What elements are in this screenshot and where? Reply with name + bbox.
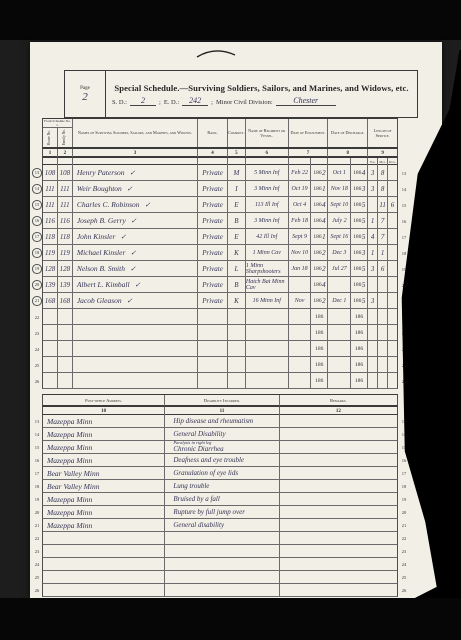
veteran-name: Jacob Gleason — [77, 296, 122, 305]
service-days — [388, 181, 397, 196]
row-number-left: 16 — [32, 454, 42, 467]
company: I — [228, 181, 246, 196]
enlist-year: 186 — [311, 325, 328, 340]
discharge-year: 186 — [351, 325, 368, 340]
row-number-right: 16 — [398, 213, 410, 229]
discharge-year: 186 — [351, 357, 368, 372]
service-years: 3 — [368, 293, 378, 308]
house-number: 111 — [43, 197, 58, 212]
row-number-right: 17 — [398, 467, 410, 480]
service-months: 6 — [378, 261, 388, 276]
company — [228, 325, 246, 340]
family-number — [58, 325, 73, 340]
discharge-year: 186 5 — [351, 229, 368, 244]
house-number — [43, 325, 58, 340]
post-office-address: Mazeppa Minn — [43, 415, 165, 427]
service-years: 1 — [368, 245, 378, 260]
enlist-date: Nov 10 — [289, 245, 312, 260]
discharge-date: Jul 27 — [328, 261, 351, 276]
row-number-left: 13 — [32, 165, 42, 181]
family-number — [58, 357, 73, 372]
family-number: 128 — [58, 261, 73, 276]
discharge-date: Sept 10 — [328, 197, 351, 212]
veteran-name-cell: Henry Paterson ✓ — [73, 165, 198, 180]
remarks-text — [280, 532, 397, 544]
regiment — [246, 325, 289, 340]
soldier-row: 22 — [32, 309, 412, 325]
enlist-year: 186 4 — [311, 213, 328, 228]
regiment — [246, 309, 289, 324]
company — [228, 309, 246, 324]
address-row: 26 26 — [32, 584, 412, 597]
regiment-header: Name of Regiment or Vessel. — [246, 119, 289, 147]
rank — [198, 357, 228, 372]
family-number — [58, 373, 73, 388]
remarks-text — [280, 428, 397, 440]
address-row: 15 Mazeppa Minn Paralysis in right leg C… — [32, 441, 412, 454]
disability-cell: Rupture by full jump over — [165, 506, 279, 518]
remarks-text — [280, 584, 397, 596]
service-years: 3 — [368, 261, 378, 276]
service-days — [388, 309, 397, 324]
names-header: Names of Surviving Soldiers, Sailors, an… — [73, 119, 198, 147]
service-years — [368, 309, 378, 324]
company: K — [228, 293, 246, 308]
ed-value: 242 — [182, 97, 208, 106]
service-days — [388, 165, 397, 180]
address-row: 24 24 — [32, 558, 412, 571]
house-number — [43, 341, 58, 356]
disability-cell: General disability — [165, 519, 279, 531]
company — [228, 373, 246, 388]
soldier-row: 18 119 119 Michael Kinsler ✓ Private K 1… — [32, 245, 412, 261]
remarks-text — [280, 441, 397, 453]
enlist-year: 186 2 — [311, 165, 328, 180]
veteran-name-cell: Michael Kinsler ✓ — [73, 245, 198, 260]
service-years: 1 — [368, 213, 378, 228]
sd-value: 2 — [130, 97, 156, 106]
address-row: 20 Mazeppa Minn Rupture by full jump ove… — [32, 506, 412, 519]
service-days — [388, 373, 397, 388]
remarks-text — [280, 454, 397, 466]
house-number: 128 — [43, 261, 58, 276]
row-number-right: 26 — [398, 584, 410, 597]
scan-dark-band-bottom — [0, 598, 461, 640]
family-number — [58, 309, 73, 324]
check-mark: ✓ — [130, 169, 136, 177]
service-months — [378, 373, 388, 388]
discharge-date: Sept 16 — [328, 229, 351, 244]
enlistment-header: Date of Enlistment. — [289, 119, 329, 147]
enlist-year: 186 2 — [311, 293, 328, 308]
row-number-right: 23 — [398, 545, 410, 558]
veteran-name-cell: Weir Boughton ✓ — [73, 181, 198, 196]
row-number-right: 21 — [398, 519, 410, 532]
company-header: Company. — [228, 119, 246, 147]
discharge-year: 186 3 — [351, 245, 368, 260]
company: K — [228, 245, 246, 260]
regiment — [246, 357, 289, 372]
rank: Private — [198, 197, 228, 212]
house-number: 119 — [43, 245, 58, 260]
company — [228, 357, 246, 372]
row-number-left: 23 — [32, 325, 42, 341]
row-number-left: 16 — [32, 213, 42, 229]
disability-text: General Disability — [173, 431, 225, 438]
ed-label: E. D.: — [164, 99, 179, 106]
regiment: 42 Ill Inf — [246, 229, 289, 244]
service-days — [388, 245, 397, 260]
row-number-left: 20 — [32, 506, 42, 519]
row-number-left: 22 — [32, 532, 42, 545]
enlist-date — [289, 357, 312, 372]
company — [228, 341, 246, 356]
row-number-right: 24 — [398, 558, 410, 571]
disability-cell: Lung trouble — [165, 480, 279, 492]
bottom-column-number-row: 10 11 12 — [32, 406, 412, 415]
service-months — [378, 293, 388, 308]
house-number: 111 — [43, 181, 58, 196]
column-number-row: 1 2 3 4 5 6 7 8 9 — [32, 148, 412, 157]
row-number-right: 20 — [398, 506, 410, 519]
disability-cell — [165, 571, 279, 583]
row-number-right: 13 — [398, 165, 410, 181]
service-months — [378, 357, 388, 372]
veteran-name-cell: Joseph B. Gerry ✓ — [73, 213, 198, 228]
bottom-table-header: Post-office Address. Disability Incurred… — [32, 394, 412, 415]
family-number: 119 — [58, 245, 73, 260]
disability-text: Bruised by a fall — [173, 496, 219, 503]
house-no-header: House No. — [48, 130, 52, 145]
soldier-row: 19 128 128 Nelson B. Smith ✓ Private L 1… — [32, 261, 412, 277]
service-years: 3 — [368, 181, 378, 196]
rank: Private — [198, 181, 228, 196]
family-number: 139 — [58, 277, 73, 292]
mcd-value: Chester — [276, 97, 336, 106]
soldier-row: 15 111 111 Charles C. Robinson ✓ Private… — [32, 197, 412, 213]
row-number-left: 24 — [32, 558, 42, 571]
house-number: 139 — [43, 277, 58, 292]
enlist-date — [289, 373, 312, 388]
row-number-left: 13 — [32, 415, 42, 428]
veteran-name-cell — [73, 325, 198, 340]
house-number — [43, 357, 58, 372]
pen-stroke-mark — [195, 48, 237, 60]
discharge-date: July 2 — [328, 213, 351, 228]
page-number-box: Page 2 — [65, 71, 106, 117]
row-number-left: 25 — [32, 571, 42, 584]
service-years: 3 — [368, 165, 378, 180]
row-number-left: 15 — [32, 197, 42, 213]
discharge-header: Date of Discharge. — [328, 119, 368, 147]
regiment — [246, 373, 289, 388]
rank: Private — [198, 165, 228, 180]
veteran-name-cell — [73, 309, 198, 324]
soldier-row: 16 116 116 Joseph B. Gerry ✓ Private B 3… — [32, 213, 412, 229]
enlist-date: Nov — [289, 293, 312, 308]
soldier-row: 24 — [32, 341, 412, 357]
disability-cell: General Disability — [165, 428, 279, 440]
address-disability-table: Post-office Address. Disability Incurred… — [32, 394, 412, 597]
row-number-left: 26 — [32, 373, 42, 389]
disability-cell: Granulation of eye lids — [165, 467, 279, 479]
post-office-address — [43, 584, 165, 596]
check-mark: ✓ — [120, 233, 126, 241]
enlist-date — [289, 277, 312, 292]
row-number-left: 14 — [32, 428, 42, 441]
enlist-year: 186 — [311, 373, 328, 388]
check-mark: ✓ — [145, 201, 151, 209]
family-number: 168 — [58, 293, 73, 308]
row-number-right: 17 — [398, 229, 410, 245]
house-number: 116 — [43, 213, 58, 228]
enlist-date — [289, 341, 312, 356]
discharge-date: Dec 3 — [328, 245, 351, 260]
address-row: 14 Mazeppa Minn General Disability 14 — [32, 428, 412, 441]
veteran-name: Charles C. Robinson — [77, 200, 140, 209]
family-no-header: Family No. — [63, 129, 67, 145]
address-row: 22 22 — [32, 532, 412, 545]
enlist-year: 186 1 — [311, 229, 328, 244]
soldier-row: 17 118 118 John Kinsler ✓ Private E 42 I… — [32, 229, 412, 245]
schedule-page: Page 2 Special Schedule.—Surviving Soldi… — [30, 42, 442, 600]
row-number-left: 18 — [32, 480, 42, 493]
disability-cell: Hip disease and rheumatism — [165, 415, 279, 427]
enlist-date: Sept 9 — [289, 229, 312, 244]
title-cell: Special Schedule.—Surviving Soldiers, Sa… — [106, 71, 417, 117]
row-number-left: 19 — [32, 261, 42, 277]
service-months — [378, 325, 388, 340]
row-number-right: 25 — [398, 571, 410, 584]
soldier-row: 14 111 111 Weir Boughton ✓ Private I 3 M… — [32, 181, 412, 197]
company: E — [228, 229, 246, 244]
enlist-date: Feb 22 — [289, 165, 312, 180]
service-days — [388, 293, 397, 308]
discharge-year: 186 5 — [351, 261, 368, 276]
bottom-table-body: 13 Mazeppa Minn Hip disease and rheumati… — [32, 415, 412, 597]
discharge-date — [328, 357, 351, 372]
post-office-address: Bear Valley Minn — [43, 480, 165, 492]
service-months — [378, 277, 388, 292]
enlist-year: 186 4 — [311, 277, 328, 292]
discharge-date: Oct 1 — [328, 165, 351, 180]
discharge-date — [328, 325, 351, 340]
enlist-year: 186 — [311, 341, 328, 356]
veteran-name-cell — [73, 373, 198, 388]
family-number: 111 — [58, 197, 73, 212]
disability-text: Granulation of eye lids — [173, 470, 238, 477]
enlist-year: 186 1 — [311, 181, 328, 196]
rank — [198, 373, 228, 388]
veteran-name: Albert L. Kimball — [77, 280, 130, 289]
company: L — [228, 261, 246, 276]
regiment: 3 Minn Inf — [246, 213, 289, 228]
rank — [198, 309, 228, 324]
row-number-left: 14 — [32, 181, 42, 197]
company: B — [228, 277, 246, 292]
check-mark: ✓ — [130, 249, 136, 257]
discharge-date: Nov 18 — [328, 181, 351, 196]
service-years — [368, 197, 378, 212]
regiment: 3 Minn Inf — [246, 181, 289, 196]
service-months: 7 — [378, 213, 388, 228]
house-number — [43, 373, 58, 388]
enlist-date: Oct 4 — [289, 197, 312, 212]
row-number-left: 26 — [32, 584, 42, 597]
post-office-address: Mazeppa Minn — [43, 519, 165, 531]
regiment: 16 Minn Inf — [246, 293, 289, 308]
scanned-document: Page 2 Special Schedule.—Surviving Soldi… — [0, 0, 461, 640]
scan-dark-band-top — [0, 0, 461, 40]
district-line: S. D.: 2 ; E. D.: 242 ; Minor Civil Divi… — [112, 97, 411, 106]
row-number-right: 18 — [398, 480, 410, 493]
post-office-address: Mazeppa Minn — [43, 506, 165, 518]
rank: Private — [198, 293, 228, 308]
remarks-text — [280, 467, 397, 479]
row-number-right: 14 — [398, 181, 410, 197]
address-row: 13 Mazeppa Minn Hip disease and rheumati… — [32, 415, 412, 428]
enlist-year: 186 2 — [311, 245, 328, 260]
remarks-text — [280, 506, 397, 518]
disability-cell — [165, 584, 279, 596]
veteran-name: Henry Paterson — [77, 168, 125, 177]
family-number: 111 — [58, 181, 73, 196]
rank: Private — [198, 229, 228, 244]
disability-text: Lung trouble — [173, 483, 209, 490]
soldiers-table: From Schedule No. 1. House No. Family No… — [32, 118, 412, 389]
enlist-date: Oct 19 — [289, 181, 312, 196]
row-number-right: 22 — [398, 532, 410, 545]
enlist-year: 186 4 — [311, 197, 328, 212]
remarks-text — [280, 480, 397, 492]
soldier-row: 25 — [32, 357, 412, 373]
soldiers-table-header: From Schedule No. 1. House No. Family No… — [32, 118, 412, 165]
veteran-name-cell: Charles C. Robinson ✓ — [73, 197, 198, 212]
enlist-date — [289, 309, 312, 324]
address-row: 18 Bear Valley Minn Lung trouble 18 — [32, 480, 412, 493]
company: B — [228, 213, 246, 228]
disability-cell — [165, 532, 279, 544]
row-number-left: 23 — [32, 545, 42, 558]
service-months: 7 — [378, 229, 388, 244]
remarks-text — [280, 558, 397, 570]
row-number-left: 25 — [32, 357, 42, 373]
disability-cell: Deafness and eye trouble — [165, 454, 279, 466]
disability-cell: Paralysis in right leg Chronic Diarrhea — [165, 441, 279, 453]
discharge-year: 186 — [351, 309, 368, 324]
veteran-name-cell: Nelson B. Smith ✓ — [73, 261, 198, 276]
service-days — [388, 341, 397, 356]
post-office-address: Mazeppa Minn — [43, 454, 165, 466]
check-mark: ✓ — [127, 185, 133, 193]
schedule-header-box: Page 2 Special Schedule.—Surviving Soldi… — [64, 70, 418, 118]
address-row: 23 23 — [32, 545, 412, 558]
row-number-left: 17 — [32, 467, 42, 480]
row-number-left: 19 — [32, 493, 42, 506]
remarks-text — [280, 493, 397, 505]
post-office-address — [43, 545, 165, 557]
discharge-date — [328, 309, 351, 324]
post-office-address: Bear Valley Minn — [43, 467, 165, 479]
enlist-year: 186 — [311, 357, 328, 372]
service-months — [378, 341, 388, 356]
remarks-text — [280, 571, 397, 583]
enlist-year: 186 — [311, 309, 328, 324]
address-row: 25 25 — [32, 571, 412, 584]
disability-cell: Bruised by a fall — [165, 493, 279, 505]
regiment: 1 Minn Cav — [246, 245, 289, 260]
service-days — [388, 229, 397, 244]
soldiers-table-body: 13 108 108 Henry Paterson ✓ Private M 5 … — [32, 165, 412, 389]
family-number: 108 — [58, 165, 73, 180]
sd-label: S. D.: — [112, 99, 127, 106]
service-days — [388, 357, 397, 372]
schedule-title: Special Schedule.—Surviving Soldiers, Sa… — [112, 83, 411, 93]
soldier-row: 21 168 168 Jacob Gleason ✓ Private K 16 … — [32, 293, 412, 309]
row-number-left: 21 — [32, 293, 42, 309]
veteran-name-cell: John Kinsler ✓ — [73, 229, 198, 244]
discharge-date: Dec 1 — [328, 293, 351, 308]
post-office-address: Mazeppa Minn — [43, 441, 165, 453]
family-number — [58, 341, 73, 356]
soldier-row: 23 — [32, 325, 412, 341]
regiment: Hatch Bat Minn Cav — [246, 277, 289, 292]
disability-text: Chronic Diarrhea — [173, 446, 223, 453]
service-days — [388, 261, 397, 276]
regiment: 1 Minn Sharpshooters — [246, 261, 289, 276]
discharge-date — [328, 373, 351, 388]
discharge-year: 186 4 — [351, 165, 368, 180]
veteran-name: Weir Boughton — [77, 184, 122, 193]
rank — [198, 341, 228, 356]
veteran-name: Joseph B. Gerry — [77, 216, 126, 225]
yrs-mos-days-row: Yrs. Mos. Days. — [32, 157, 412, 165]
house-number — [43, 309, 58, 324]
service-years — [368, 277, 378, 292]
post-office-address: Mazeppa Minn — [43, 428, 165, 440]
service-years — [368, 325, 378, 340]
address-row: 21 Mazeppa Minn General disability 21 — [32, 519, 412, 532]
house-number: 108 — [43, 165, 58, 180]
from-schedule-label: From Schedule No. 1. — [43, 119, 72, 128]
service-days — [388, 325, 397, 340]
disability-cell — [165, 545, 279, 557]
address-row: 17 Bear Valley Minn Granulation of eye l… — [32, 467, 412, 480]
rank: Private — [198, 213, 228, 228]
row-number-left: 20 — [32, 277, 42, 293]
remarks-text — [280, 519, 397, 531]
company: M — [228, 165, 246, 180]
discharge-date — [328, 277, 351, 292]
service-months — [378, 309, 388, 324]
service-months: 11 — [378, 197, 388, 212]
check-mark: ✓ — [131, 217, 137, 225]
service-months: 1 — [378, 245, 388, 260]
regiment — [246, 341, 289, 356]
post-office-address — [43, 532, 165, 544]
discharge-year: 186 5 — [351, 277, 368, 292]
address-row: 16 Mazeppa Minn Deafness and eye trouble… — [32, 454, 412, 467]
disability-text: Rupture by full jump over — [173, 509, 245, 516]
mcd-label: Minor Civil Division: — [216, 99, 273, 106]
check-mark: ✓ — [127, 297, 133, 305]
disability-cell — [165, 558, 279, 570]
family-number: 116 — [58, 213, 73, 228]
rank-header: Rank. — [198, 119, 228, 147]
row-number-left: 21 — [32, 519, 42, 532]
row-number-left: 24 — [32, 341, 42, 357]
discharge-year: 186 3 — [351, 181, 368, 196]
